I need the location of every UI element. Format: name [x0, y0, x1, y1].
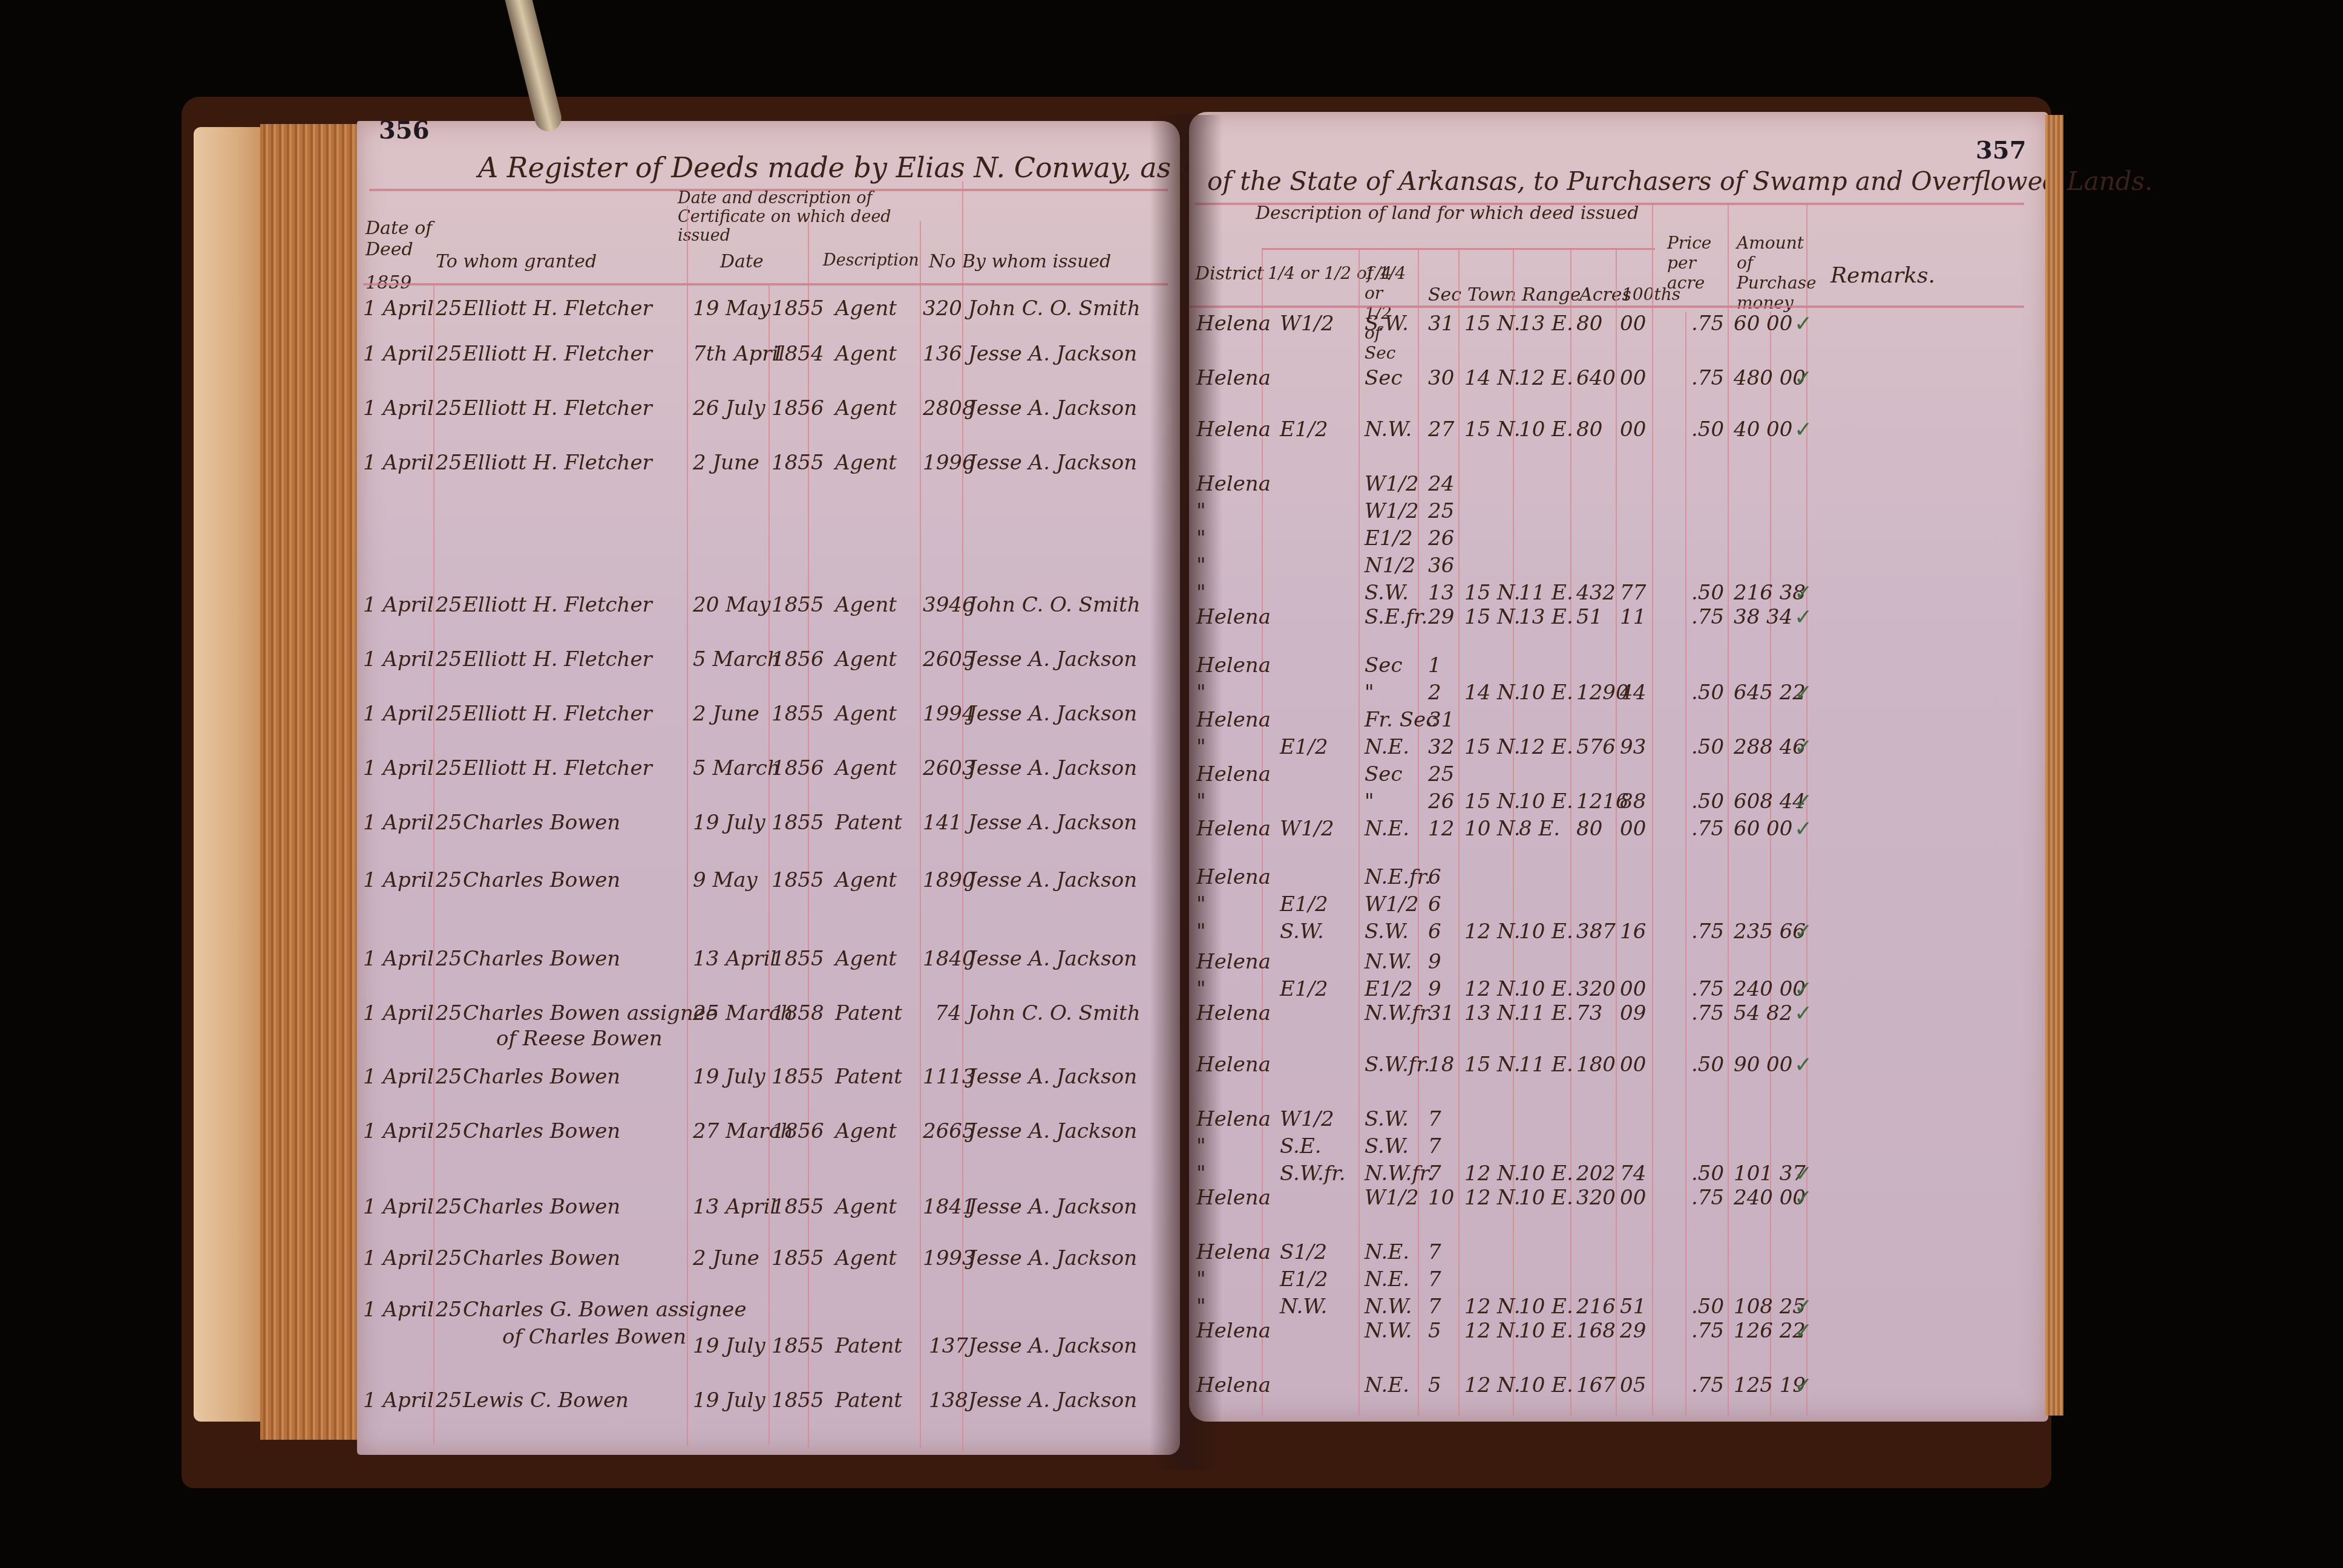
issued-by: John C. O. Smith	[968, 593, 1141, 617]
cert-date: 19 May	[693, 296, 770, 321]
purchase-amount: 54 82	[1734, 1001, 1792, 1025]
acres-hundredths: 29	[1620, 1319, 1646, 1343]
issued-by: Jesse A. Jackson	[968, 702, 1137, 726]
quarter-of-quarter: W1/2	[1280, 1107, 1334, 1131]
acres-hundredths: 88	[1620, 789, 1646, 814]
table-row: HelenaSec25	[1189, 762, 2024, 789]
cert-description: Patent	[835, 1001, 902, 1025]
section: 24	[1428, 472, 1454, 496]
acres-hundredths: 93	[1620, 735, 1646, 759]
cert-description: Agent	[835, 396, 897, 420]
deed-date: 1 April	[363, 702, 434, 726]
section: 26	[1428, 526, 1454, 550]
table-row: "E1/2N.E.3215 N.12 E.57693.50288 46✓	[1189, 735, 2024, 762]
acres: 167	[1576, 1373, 1616, 1397]
township: 15 N.	[1464, 581, 1520, 605]
table-row: "E1/2W1/26	[1189, 892, 2024, 919]
verified-check-icon: ✓	[1794, 605, 1812, 630]
cert-description: Agent	[835, 1119, 897, 1143]
cert-date: 26 July	[693, 396, 765, 420]
grantee: Charles Bowen	[463, 811, 620, 835]
deed-day: 25	[436, 451, 462, 475]
verified-check-icon: ✓	[1794, 789, 1812, 814]
section: 31	[1428, 1001, 1454, 1025]
cert-description: Agent	[835, 1246, 897, 1270]
price-per-acre: .50	[1691, 735, 1724, 759]
cert-date: 13 April	[693, 947, 776, 971]
acres-hundredths: 16	[1620, 920, 1646, 944]
range: 13 E.	[1519, 605, 1573, 629]
table-row: ""214 N.10 E.129044.50645 22✓	[1189, 681, 2024, 707]
purchase-amount: 40 00	[1734, 417, 1792, 442]
cert-year: 1855	[772, 451, 824, 475]
cert-date: 5 March	[693, 756, 781, 780]
table-row: 1 April 25 Elliott H. Fletcher 7th April…	[357, 342, 1174, 372]
issued-by: Jesse A. Jackson	[968, 1334, 1137, 1358]
acres-hundredths: 51	[1620, 1295, 1646, 1319]
issued-by: Jesse A. Jackson	[968, 647, 1137, 671]
table-row: "E1/2E1/2912 N.10 E.32000.75240 00✓	[1189, 977, 2024, 1004]
township: 15 N.	[1464, 735, 1520, 759]
cert-year: 1855	[772, 702, 824, 726]
verified-check-icon: ✓	[1794, 312, 1812, 336]
township: 12 N.	[1464, 977, 1520, 1001]
page-title-right: of the State of Arkansas, to Purchasers …	[1207, 166, 2153, 196]
township: 15 N.	[1464, 417, 1520, 442]
cert-number: 2603	[923, 756, 975, 780]
table-row: ""2615 N.10 E.121688.50608 44✓	[1189, 789, 2024, 816]
table-row: 1 April 25 Charles Bowen 9 May 1855 Agen…	[357, 868, 1174, 898]
header-remarks: Remarks.	[1830, 263, 1935, 288]
range: 13 E.	[1519, 312, 1573, 336]
section: 25	[1428, 499, 1454, 523]
table-row: HelenaFr. Sec31	[1189, 708, 2024, 734]
page-number-left: 356	[379, 116, 430, 145]
township: 12 N.	[1464, 1319, 1520, 1343]
table-row: "S.W.fr.N.W.fr.712 N.10 E.20274.50101 37…	[1189, 1161, 2024, 1188]
table-row: HelenaW1/21012 N.10 E.32000.75240 00✓	[1189, 1186, 2024, 1212]
acres-hundredths: 00	[1620, 417, 1646, 442]
deed-day: 25	[436, 342, 462, 366]
grantee: Elliott H. Fletcher	[463, 296, 652, 321]
price-per-acre: .75	[1691, 366, 1724, 390]
table-row: 1 April 25 Elliott H. Fletcher 20 May 18…	[357, 593, 1174, 623]
deed-date: 1 April	[363, 1119, 434, 1143]
quarter-of-sec: W1/2	[1365, 499, 1419, 523]
section: 7	[1428, 1107, 1441, 1131]
range: 10 E.	[1519, 1319, 1573, 1343]
grantee: Charles Bowen	[463, 1065, 620, 1089]
price-per-acre: .50	[1691, 1161, 1724, 1186]
table-row: HelenaS.E.fr.2915 N.13 E.5111.7538 34✓	[1189, 605, 2024, 632]
township: 10 N.	[1464, 817, 1520, 841]
grantee: Elliott H. Fletcher	[463, 702, 652, 726]
deed-date: 1 April	[363, 647, 434, 671]
acres: 80	[1576, 817, 1602, 841]
township: 14 N.	[1464, 366, 1520, 390]
acres: 576	[1576, 735, 1616, 759]
acres-hundredths: 11	[1620, 605, 1646, 629]
deed-date: 1 April	[363, 1065, 434, 1089]
section: 6	[1428, 865, 1441, 889]
quarter-of-sec: N.W.fr.	[1365, 1001, 1434, 1025]
issued-by: Jesse A. Jackson	[968, 1065, 1137, 1089]
deed-date: 1 April	[363, 1001, 434, 1025]
issued-by: John C. O. Smith	[968, 1001, 1141, 1025]
deed-day: 25	[436, 647, 462, 671]
quarter-of-sec: Sec	[1365, 762, 1402, 786]
quarter-of-quarter: S.E.	[1280, 1134, 1322, 1158]
range: 11 E.	[1519, 1001, 1573, 1025]
cert-description: Agent	[835, 342, 897, 366]
header-bottom-rule	[363, 283, 1168, 286]
acres-hundredths: 00	[1620, 977, 1646, 1001]
range: 10 E.	[1519, 789, 1573, 814]
cert-year: 1856	[772, 1119, 824, 1143]
cert-year: 1856	[772, 396, 824, 420]
range: 12 E.	[1519, 366, 1573, 390]
table-row: HelenaN.W.9	[1189, 950, 2024, 976]
deed-day: 25	[436, 811, 462, 835]
quarter-of-sec: N.E.	[1365, 1373, 1409, 1397]
cert-number: 138	[929, 1388, 968, 1413]
cert-year: 1855	[772, 947, 824, 971]
grantee: Elliott H. Fletcher	[463, 593, 652, 617]
cert-number: 1113	[923, 1065, 975, 1089]
price-per-acre: .75	[1691, 1319, 1724, 1343]
left-page: 356 A Register of Deeds made by Elias N.…	[357, 121, 1180, 1455]
deed-day: 25	[436, 396, 462, 420]
deed-date: 1 April	[363, 342, 434, 366]
issued-by: Jesse A. Jackson	[968, 947, 1137, 971]
grantee: Elliott H. Fletcher	[463, 451, 652, 475]
acres: 73	[1576, 1001, 1602, 1025]
cert-year: 1855	[772, 1195, 824, 1219]
cert-year: 1855	[772, 1065, 824, 1089]
range: 10 E.	[1519, 681, 1573, 705]
verified-check-icon: ✓	[1794, 366, 1812, 391]
table-row: 1 April 25 Charles Bowen assignee of Ree…	[357, 1001, 1174, 1056]
table-row: HelenaW1/224	[1189, 472, 2024, 498]
acres-hundredths: 00	[1620, 1053, 1646, 1077]
township: 12 N.	[1464, 1295, 1520, 1319]
township: 12 N.	[1464, 1161, 1520, 1186]
quarter-of-quarter: W1/2	[1280, 312, 1334, 336]
cert-description: Agent	[835, 593, 897, 617]
township: 14 N.	[1464, 681, 1520, 705]
deed-day: 25	[436, 947, 462, 971]
grantee: Charles Bowen	[463, 947, 620, 971]
cert-number: 2665	[923, 1119, 975, 1143]
page-number-right: 357	[1976, 136, 2027, 165]
page-stack-right-edges	[2045, 115, 2063, 1416]
table-row: "N.W.N.W.712 N.10 E.21651.50108 25✓	[1189, 1295, 2024, 1321]
cert-year: 1855	[772, 868, 824, 892]
grantee: Charles Bowen assignee	[463, 1001, 718, 1025]
quarter-of-sec: N.W.fr.	[1365, 1161, 1434, 1186]
deed-date: 1 April	[363, 451, 434, 475]
acres-hundredths: 05	[1620, 1373, 1646, 1397]
table-row: 1 April 25 Charles Bowen 19 July 1855 Pa…	[357, 811, 1174, 841]
cert-number: 1841	[923, 1195, 975, 1219]
header-range: Range	[1522, 284, 1581, 305]
acres-hundredths: 77	[1620, 581, 1646, 605]
cert-date: 2 June	[693, 702, 759, 726]
cert-number: 137	[929, 1334, 968, 1358]
price-per-acre: .50	[1691, 1053, 1724, 1077]
range: 8 E.	[1519, 817, 1560, 841]
section: 2	[1428, 681, 1441, 705]
quarter-of-quarter: S.W.fr.	[1280, 1161, 1346, 1186]
section: 7	[1428, 1134, 1441, 1158]
grantee: Elliott H. Fletcher	[463, 396, 652, 420]
table-row: "E1/2N.E.7	[1189, 1267, 2024, 1294]
quarter-of-sec: N.E.fr.	[1365, 865, 1431, 889]
verified-check-icon: ✓	[1794, 1319, 1812, 1344]
section: 6	[1428, 892, 1441, 916]
table-row: 1 April 25 Charles Bowen 19 July 1855 Pa…	[357, 1065, 1174, 1095]
cert-date: 2 June	[693, 451, 759, 475]
verified-check-icon: ✓	[1794, 735, 1812, 760]
range: 10 E.	[1519, 417, 1573, 442]
acres: 640	[1576, 366, 1616, 390]
price-per-acre: .50	[1691, 1295, 1724, 1319]
verified-check-icon: ✓	[1794, 1295, 1812, 1319]
section: 13	[1428, 581, 1454, 605]
range: 11 E.	[1519, 1053, 1573, 1077]
issued-by: Jesse A. Jackson	[968, 868, 1137, 892]
section: 5	[1428, 1319, 1441, 1343]
table-row: 1 April 25 Elliott H. Fletcher 5 March 1…	[357, 756, 1174, 786]
cert-description: Agent	[835, 702, 897, 726]
deed-day: 25	[436, 868, 462, 892]
range: 10 E.	[1519, 1161, 1573, 1186]
header-price-per-acre: Price per acre	[1667, 233, 1715, 293]
deed-date: 1 April	[363, 296, 434, 321]
issued-by: Jesse A. Jackson	[968, 756, 1137, 780]
table-row: HelenaSec3014 N.12 E.64000.75480 00✓	[1189, 366, 2024, 393]
township: 12 N.	[1464, 920, 1520, 944]
acres: 80	[1576, 312, 1602, 336]
cert-year: 1858	[772, 1001, 824, 1025]
table-row: 1 April 25 Elliott H. Fletcher 2 June 18…	[357, 702, 1174, 732]
quarter-of-quarter: E1/2	[1280, 977, 1328, 1001]
grantee-continuation: of Charles Bowen	[502, 1325, 686, 1349]
table-row: HelenaSec1	[1189, 653, 2024, 680]
cert-date: 13 April	[693, 1195, 776, 1219]
verified-check-icon: ✓	[1794, 417, 1812, 442]
issued-by: Jesse A. Jackson	[968, 451, 1137, 475]
township: 15 N.	[1464, 789, 1520, 814]
quarter-of-sec: S.W.	[1365, 312, 1409, 336]
table-row: "E1/226	[1189, 526, 2024, 553]
header-land-group: Description of land for which deed issue…	[1256, 203, 1639, 224]
acres-hundredths: 44	[1620, 681, 1646, 705]
quarter-of-sec: S.W.	[1365, 581, 1409, 605]
table-row: 1 April 25 Charles Bowen 13 April 1855 A…	[357, 1195, 1174, 1225]
cert-description: Agent	[835, 647, 897, 671]
deed-date: 1 April	[363, 1388, 434, 1413]
right-page: 357 of the State of Arkansas, to Purchas…	[1189, 112, 2048, 1422]
book-gutter	[1150, 115, 1222, 1470]
deed-day: 25	[436, 1065, 462, 1089]
acres: 51	[1576, 605, 1602, 629]
cert-date: 19 July	[693, 1065, 765, 1089]
table-row: 1 April 25 Charles Bowen 2 June 1855 Age…	[357, 1246, 1174, 1276]
table-row: 1 April 25 Charles G. Bowen assignee of …	[357, 1298, 1174, 1364]
cert-description: Agent	[835, 451, 897, 475]
quarter-of-sec: N.E.	[1365, 1267, 1409, 1292]
cert-year: 1855	[772, 811, 824, 835]
quarter-of-quarter: E1/2	[1280, 735, 1328, 759]
quarter-of-sec: N1/2	[1365, 554, 1415, 578]
deed-day: 25	[436, 702, 462, 726]
cert-date: 19 July	[693, 811, 765, 835]
deed-date: 1 April	[363, 811, 434, 835]
section: 18	[1428, 1053, 1454, 1077]
section: 1	[1428, 653, 1441, 678]
cert-number: 1993	[923, 1246, 975, 1270]
township: 12 N.	[1464, 1373, 1520, 1397]
section: 26	[1428, 789, 1454, 814]
table-row: 1 April 25 Elliott H. Fletcher 26 July 1…	[357, 396, 1174, 426]
header-date-of-deed: Date of Deed	[365, 218, 438, 260]
cert-date: 19 July	[693, 1388, 765, 1413]
cert-number: 141	[923, 811, 962, 835]
deed-day: 25	[436, 1119, 462, 1143]
grantee: Charles Bowen	[463, 1119, 620, 1143]
quarter-of-sec: W1/2	[1365, 1186, 1419, 1210]
table-row: HelenaN.W.512 N.10 E.16829.75126 22✓	[1189, 1319, 2024, 1345]
section: 25	[1428, 762, 1454, 786]
quarter-of-sec: Fr. Sec	[1365, 708, 1437, 732]
header-to-whom-granted: To whom granted	[436, 251, 597, 272]
grantee: Elliott H. Fletcher	[463, 647, 652, 671]
deed-day: 25	[436, 1246, 462, 1270]
deed-date: 1 April	[363, 756, 434, 780]
section: 9	[1428, 950, 1441, 974]
quarter-of-quarter: W1/2	[1280, 817, 1334, 841]
header-town: Town	[1467, 284, 1516, 305]
range: 10 E.	[1519, 977, 1573, 1001]
cert-number: 1890	[923, 868, 975, 892]
township: 13 N.	[1464, 1001, 1520, 1025]
quarter-of-sec: N.W.	[1365, 417, 1412, 442]
price-per-acre: .50	[1691, 681, 1724, 705]
issued-by: Jesse A. Jackson	[968, 396, 1137, 420]
acres: 320	[1576, 1186, 1616, 1210]
deed-date: 1 April	[363, 1298, 434, 1322]
price-per-acre: .75	[1691, 1186, 1724, 1210]
cert-year: 1855	[772, 1246, 824, 1270]
price-per-acre: .75	[1691, 920, 1724, 944]
deed-date: 1 April	[363, 593, 434, 617]
price-per-acre: .50	[1691, 581, 1724, 605]
quarter-of-quarter: E1/2	[1280, 1267, 1328, 1292]
quarter-of-sec: S.W.fr.	[1365, 1053, 1430, 1077]
acres: 80	[1576, 417, 1602, 442]
township: 12 N.	[1464, 1186, 1520, 1210]
section: 31	[1428, 312, 1454, 336]
table-row: HelenaS1/2N.E.7	[1189, 1240, 2024, 1267]
page-stack-edges	[260, 124, 357, 1440]
verified-check-icon: ✓	[1794, 920, 1812, 944]
range: 10 E.	[1519, 1295, 1573, 1319]
quarter-of-sec: N.E.	[1365, 735, 1409, 759]
quarter-of-sec: S.E.fr.	[1365, 605, 1427, 629]
deed-date: 1 April	[363, 868, 434, 892]
table-row: HelenaS.W.fr.1815 N.11 E.18000.5090 00✓	[1189, 1053, 2024, 1079]
header-no: No	[929, 251, 955, 272]
range: 10 E.	[1519, 920, 1573, 944]
acres-hundredths: 00	[1620, 817, 1646, 841]
grantee: Charles Bowen	[463, 1246, 620, 1270]
grantee: Charles Bowen	[463, 1195, 620, 1219]
price-per-acre: .75	[1691, 605, 1724, 629]
cert-description: Agent	[835, 868, 897, 892]
cert-number: 1996	[923, 451, 975, 475]
header-sec: Sec	[1428, 284, 1461, 305]
quarter-of-sec: N.E.	[1365, 1240, 1409, 1264]
purchase-amount: 60 00	[1734, 312, 1792, 336]
verified-check-icon: ✓	[1794, 581, 1812, 606]
table-row: "S.W.1315 N.11 E.43277.50216 38✓	[1189, 581, 2024, 607]
cert-year: 1855	[772, 1388, 824, 1413]
cert-description: Agent	[835, 296, 897, 321]
deed-day: 25	[436, 756, 462, 780]
price-per-acre: .50	[1691, 789, 1724, 814]
quarter-of-sec: S.W.	[1365, 1134, 1409, 1158]
quarter-of-sec: E1/2	[1365, 526, 1413, 550]
table-row: "N1/236	[1189, 554, 2024, 580]
quarter-of-sec: "	[1365, 789, 1374, 814]
quarter-of-sec: "	[1365, 681, 1374, 705]
price-per-acre: .50	[1691, 417, 1724, 442]
quarter-of-sec: Sec	[1365, 653, 1402, 678]
table-row: HelenaN.E.512 N.10 E.16705.75125 19✓	[1189, 1373, 2024, 1400]
cert-year: 1855	[772, 593, 824, 617]
cert-year: 1855	[772, 296, 824, 321]
cert-number: 3946	[923, 593, 975, 617]
section: 9	[1428, 977, 1441, 1001]
quarter-of-quarter: S.W.	[1280, 920, 1324, 944]
quarter-of-quarter: E1/2	[1280, 417, 1328, 442]
price-per-acre: .75	[1691, 1001, 1724, 1025]
range: 10 E.	[1519, 1373, 1573, 1397]
section: 7	[1428, 1267, 1441, 1292]
table-row: 1 April 25 Lewis C. Bowen 19 July 1855 P…	[357, 1388, 1174, 1419]
table-row: "W1/225	[1189, 499, 2024, 526]
cert-description: Patent	[835, 1388, 902, 1413]
verified-check-icon: ✓	[1794, 681, 1812, 705]
deed-date: 1 April	[363, 1195, 434, 1219]
cert-number: 1994	[923, 702, 975, 726]
deed-day: 25	[436, 1001, 462, 1025]
issued-by: Jesse A. Jackson	[968, 811, 1137, 835]
cert-number: 136	[923, 342, 962, 366]
range: 10 E.	[1519, 1186, 1573, 1210]
cert-description: Patent	[835, 1334, 902, 1358]
book-spine-edge	[194, 127, 266, 1422]
deed-day: 25	[436, 593, 462, 617]
section: 36	[1428, 554, 1454, 578]
grantee: Elliott H. Fletcher	[463, 756, 652, 780]
township: 15 N.	[1464, 1053, 1520, 1077]
table-row: 1 April 25 Charles Bowen 13 April 1855 A…	[357, 947, 1174, 977]
table-row: "S.W.S.W.612 N.10 E.38716.75235 66✓	[1189, 920, 2024, 946]
acres-hundredths: 00	[1620, 1186, 1646, 1210]
purchase-amount: 90 00	[1734, 1053, 1792, 1077]
